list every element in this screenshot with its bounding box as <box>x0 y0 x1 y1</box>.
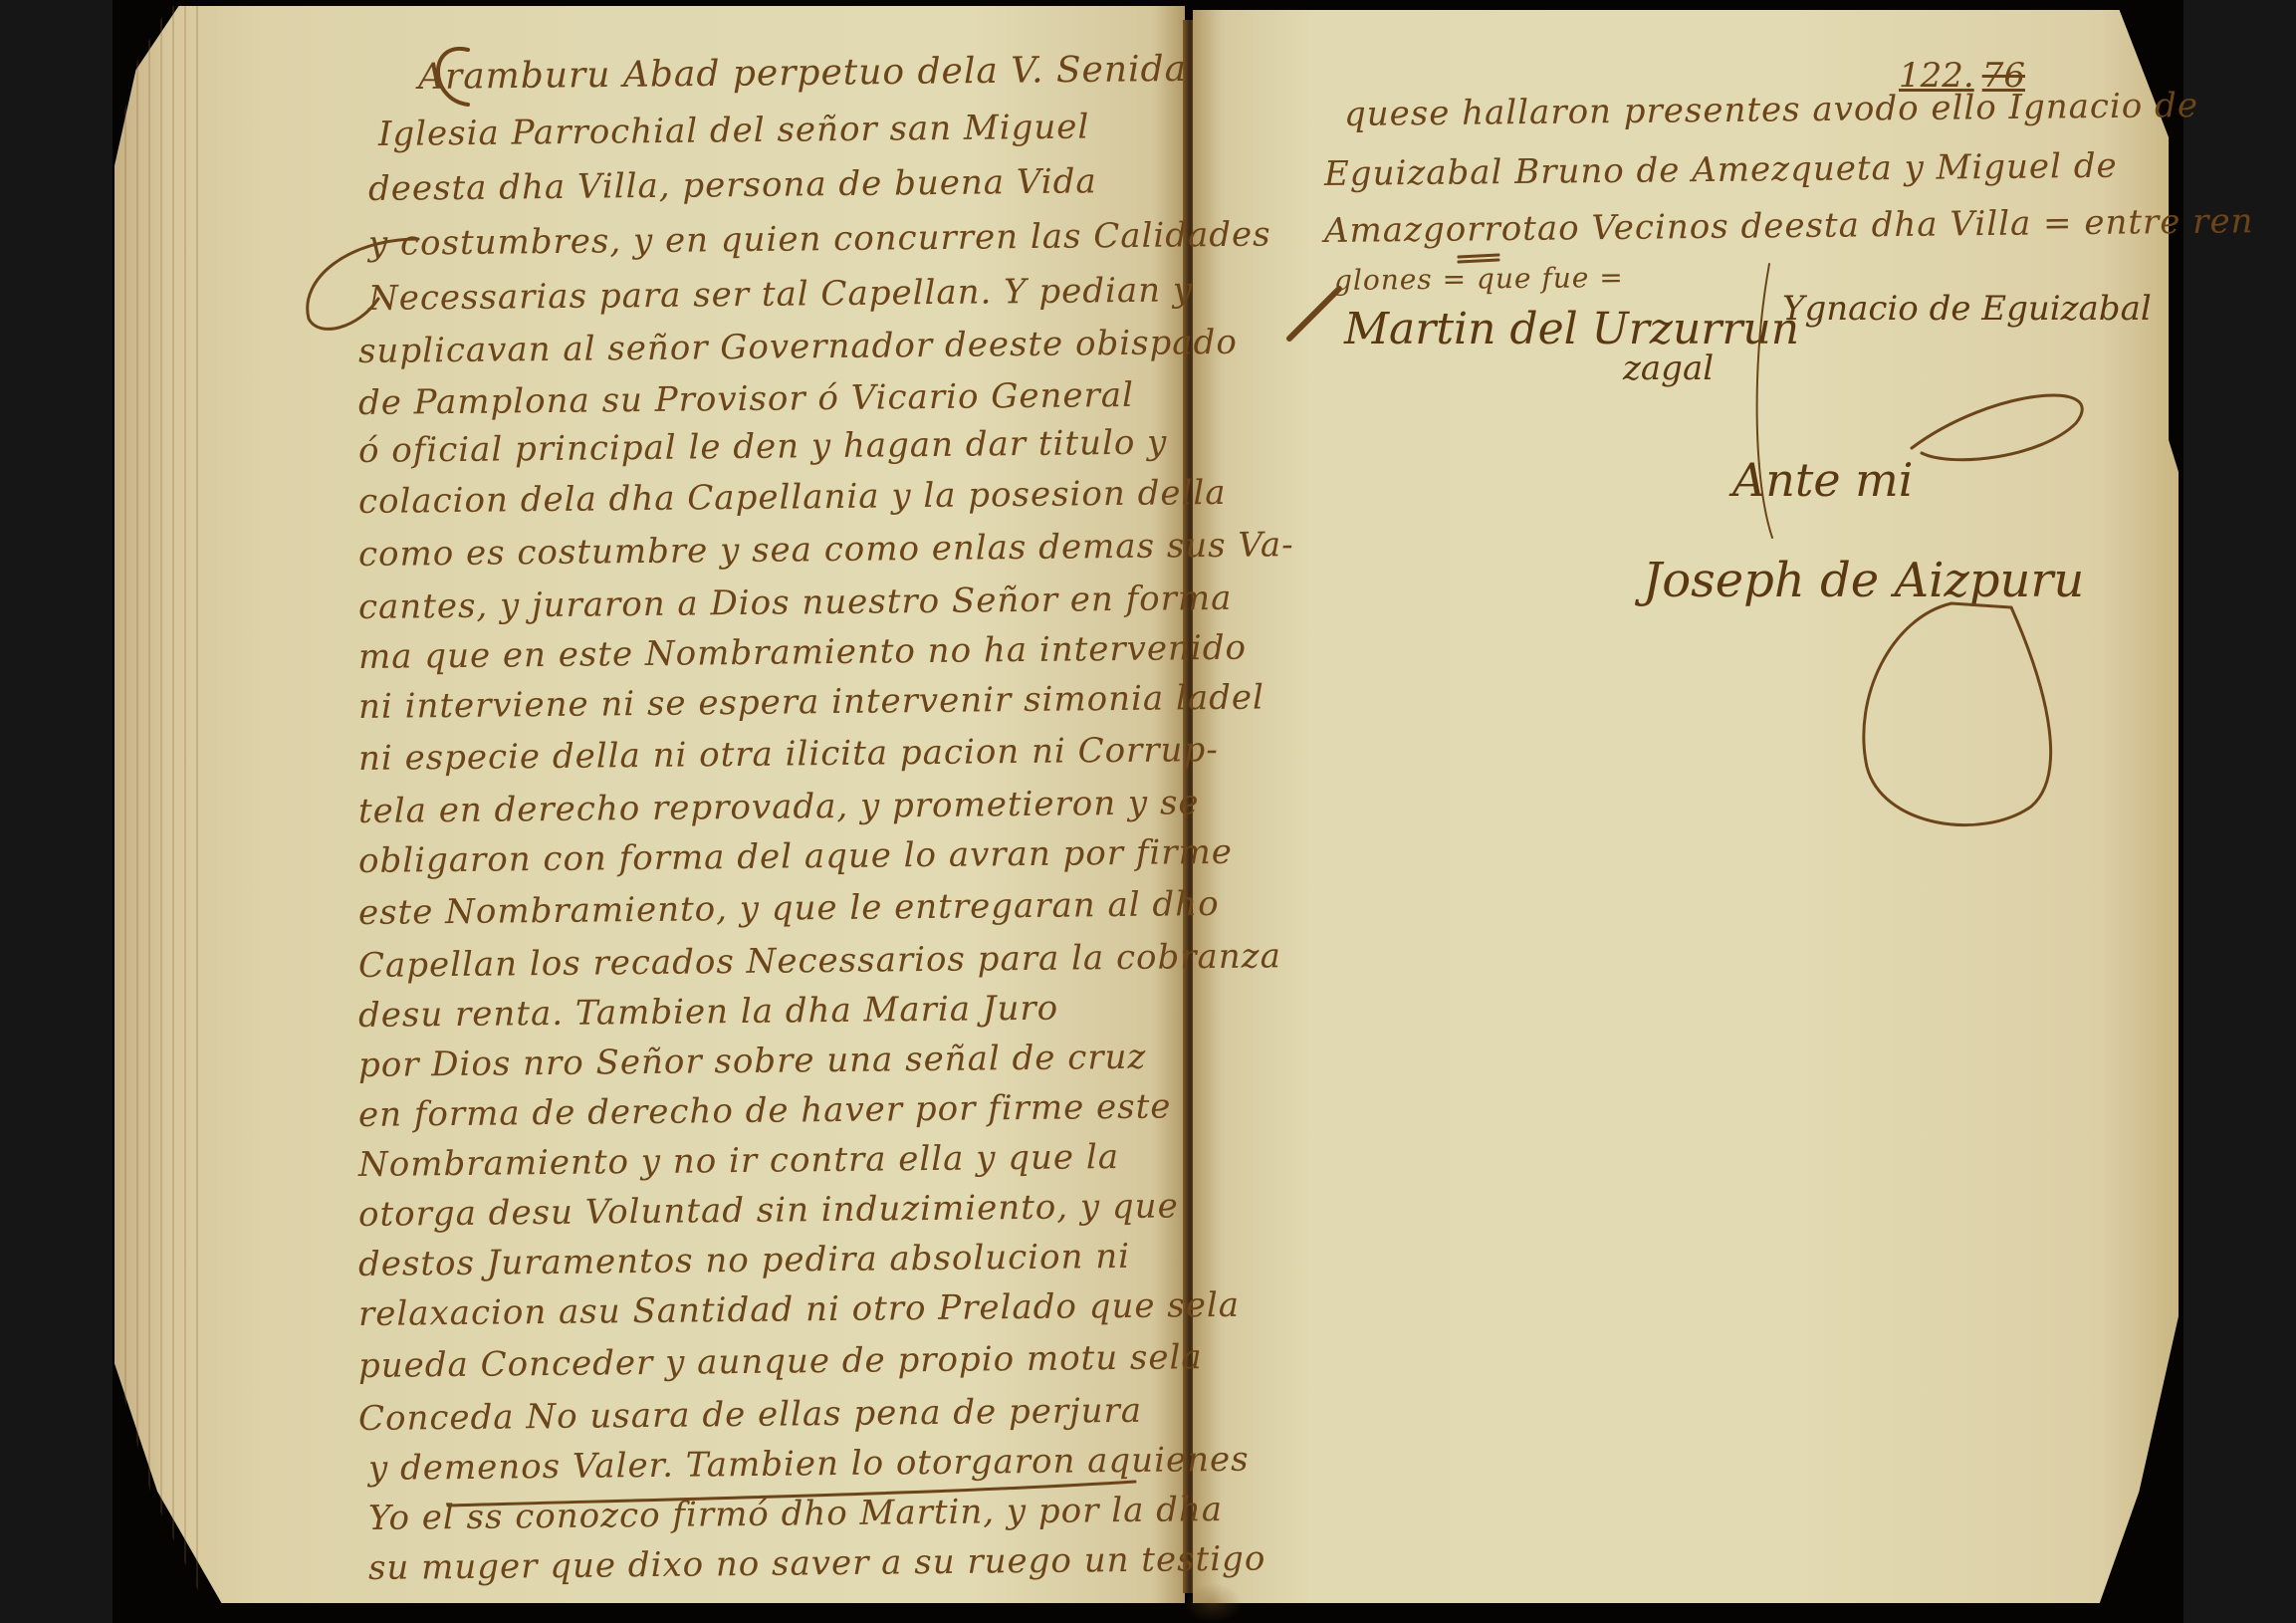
text-line: Conceda No usara de ellas pena de perjur… <box>358 1391 1142 1439</box>
text-line: desu renta. Tambien la dha Maria Juro <box>358 989 1058 1036</box>
viewer-left-margin <box>0 0 113 1623</box>
signature-ante-mi: Ante mi <box>1732 453 1914 507</box>
signature-notary: Joseph de Aizpuru <box>1643 553 2084 608</box>
text-line: Nombramiento y no ir contra ella y que l… <box>358 1137 1119 1185</box>
text-line: destos Juramentos no pedira absolucion n… <box>358 1237 1130 1284</box>
text-line: por Dios nro Señor sobre una señal de cr… <box>358 1038 1147 1085</box>
text-line: de Pamplona su Provisor ó Vicario Genera… <box>358 375 1134 423</box>
viewer-right-margin <box>2183 0 2296 1623</box>
text-line: ó oficial principal le den y hagan dar t… <box>358 422 1168 471</box>
text-line: glones = que fue = <box>1334 258 1624 301</box>
text-line: Eguizabal Bruno de Amezqueta y Miguel de <box>1324 146 2118 194</box>
signature-martin-line2: zagal <box>1623 348 1714 388</box>
text-line: en forma de derecho de haver por firme e… <box>358 1086 1172 1135</box>
text-line: deesta dha Villa, persona de buena Vida <box>368 161 1097 209</box>
signature-ignacio: Ygnacio de Eguizabal <box>1782 289 2152 329</box>
signature-martin: Martin del Urzurrun <box>1344 304 1799 354</box>
text-line: Iglesia Parrochial del señor san Miguel <box>378 108 1090 154</box>
text-line: Aramburu Abad perpetuo dela V. Senida <box>418 50 1187 98</box>
